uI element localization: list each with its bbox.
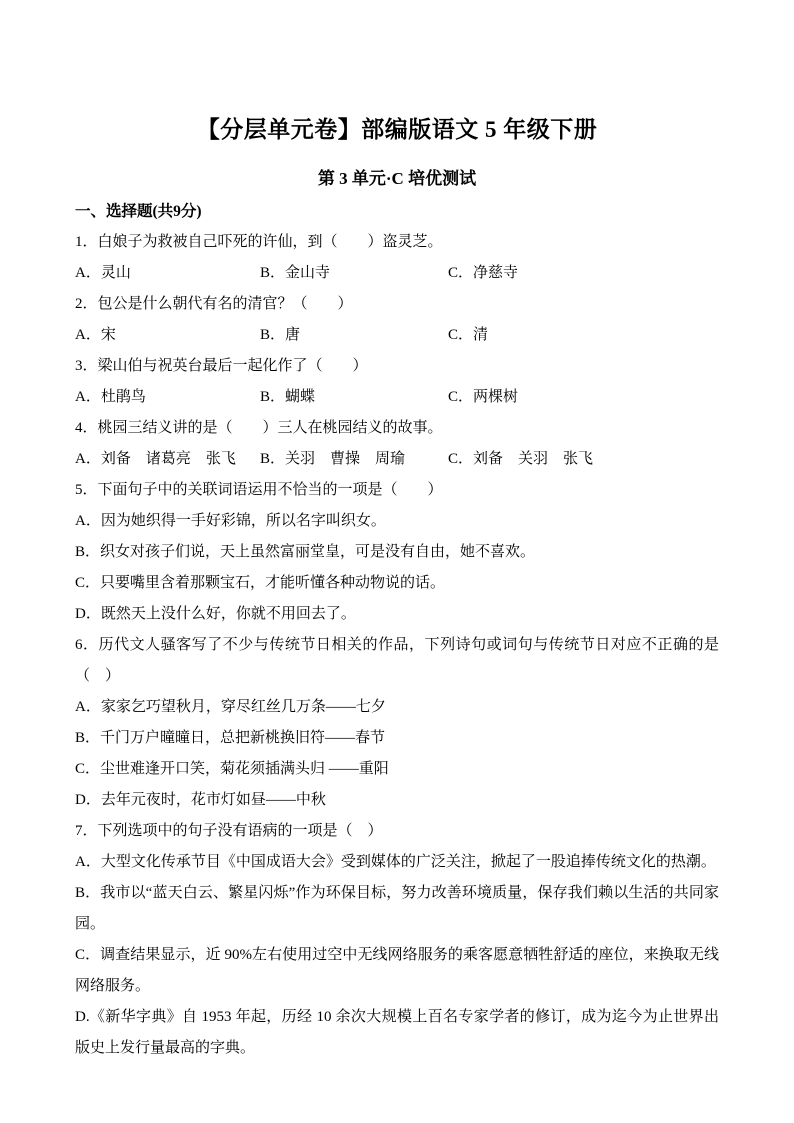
question-5-stem: 5．下面句子中的关联词语运用不恰当的一项是（ ） <box>75 475 719 506</box>
question-6-option-a: A．家家乞巧望秋月，穿尽红丝几万条——七夕 <box>75 692 719 723</box>
question-1-options: A．灵山 B．金山寺 C．净慈寺 <box>75 258 719 289</box>
question-4-option-a: A．刘备 诸葛亮 张飞 <box>75 444 260 475</box>
question-2-options: A．宋 B．唐 C．清 <box>75 320 719 351</box>
question-7-option-b: B．我市以“蓝天白云、繁星闪烁”作为环保目标，努力改善环境质量，保存我们赖以生活… <box>75 878 719 940</box>
question-2-stem: 2．包公是什么朝代有名的清官？（ ） <box>75 289 719 320</box>
question-3-option-b: B．蝴蝶 <box>260 382 448 413</box>
question-4-option-b: B．关羽 曹操 周瑜 <box>260 444 448 475</box>
question-3-option-c: C．两棵树 <box>448 382 719 413</box>
question-3: 3．梁山伯与祝英台最后一起化作了（ ） A．杜鹃鸟 B．蝴蝶 C．两棵树 <box>75 351 719 413</box>
question-1-option-b: B．金山寺 <box>260 258 448 289</box>
question-5-option-d: D．既然天上没什么好，你就不用回去了。 <box>75 599 719 630</box>
question-3-option-a: A．杜鹃鸟 <box>75 382 260 413</box>
section-heading: 一、选择题(共9分) <box>75 196 719 227</box>
question-1-option-a: A．灵山 <box>75 258 260 289</box>
page-title: 【分层单元卷】部编版语文 5 年级下册 <box>75 112 719 148</box>
question-4-options: A．刘备 诸葛亮 张飞 B．关羽 曹操 周瑜 C．刘备 关羽 张飞 <box>75 444 719 475</box>
question-4-stem: 4．桃园三结义讲的是（ ）三人在桃园结义的故事。 <box>75 413 719 444</box>
question-1: 1．白娘子为救被自己吓死的许仙，到（ ）盗灵芝。 A．灵山 B．金山寺 C．净慈… <box>75 227 719 289</box>
page-subtitle: 第 3 单元·C 培优测试 <box>75 166 719 192</box>
question-2-option-a: A．宋 <box>75 320 260 351</box>
question-1-stem: 1．白娘子为救被自己吓死的许仙，到（ ）盗灵芝。 <box>75 227 719 258</box>
question-3-stem: 3．梁山伯与祝英台最后一起化作了（ ） <box>75 351 719 382</box>
question-6-option-b: B．千门万户曈曈日，总把新桃换旧符——春节 <box>75 723 719 754</box>
question-5: 5．下面句子中的关联词语运用不恰当的一项是（ ） A．因为她织得一手好彩锦，所以… <box>75 475 719 630</box>
question-5-option-c: C．只要嘴里含着那颗宝石，才能听懂各种动物说的话。 <box>75 568 719 599</box>
question-6-stem: 6．历代文人骚客写了不少与传统节日相关的作品，下列诗句或词句与传统节日对应不正确… <box>75 630 719 692</box>
question-7-option-a: A．大型文化传承节目《中国成语大会》受到媒体的广泛关注，掀起了一股追捧传统文化的… <box>75 847 719 878</box>
question-4-option-c: C．刘备 关羽 张飞 <box>448 444 719 475</box>
question-7-option-c: C．调查结果显示，近 90%左右使用过空中无线网络服务的乘客愿意牺牲舒适的座位，… <box>75 940 719 1002</box>
question-2-option-c: C．清 <box>448 320 719 351</box>
question-6-option-c: C．尘世难逢开口笑，菊花须插满头归 ——重阳 <box>75 754 719 785</box>
question-7-option-d: D.《新华字典》自 1953 年起，历经 10 余次大规模上百名专家学者的修订，… <box>75 1002 719 1064</box>
question-4: 4．桃园三结义讲的是（ ）三人在桃园结义的故事。 A．刘备 诸葛亮 张飞 B．关… <box>75 413 719 475</box>
question-5-option-b: B．织女对孩子们说，天上虽然富丽堂皇，可是没有自由，她不喜欢。 <box>75 537 719 568</box>
question-1-option-c: C．净慈寺 <box>448 258 719 289</box>
question-6-option-d: D．去年元夜时，花市灯如昼——中秋 <box>75 785 719 816</box>
question-2: 2．包公是什么朝代有名的清官？（ ） A．宋 B．唐 C．清 <box>75 289 719 351</box>
question-3-options: A．杜鹃鸟 B．蝴蝶 C．两棵树 <box>75 382 719 413</box>
question-7: 7．下列选项中的句子没有语病的一项是（ ） A．大型文化传承节目《中国成语大会》… <box>75 816 719 1064</box>
question-2-option-b: B．唐 <box>260 320 448 351</box>
question-5-option-a: A．因为她织得一手好彩锦，所以名字叫织女。 <box>75 506 719 537</box>
test-paper-page: 【分层单元卷】部编版语文 5 年级下册 第 3 单元·C 培优测试 一、选择题(… <box>0 0 794 1123</box>
question-6: 6．历代文人骚客写了不少与传统节日相关的作品，下列诗句或词句与传统节日对应不正确… <box>75 630 719 816</box>
question-7-stem: 7．下列选项中的句子没有语病的一项是（ ） <box>75 816 719 847</box>
